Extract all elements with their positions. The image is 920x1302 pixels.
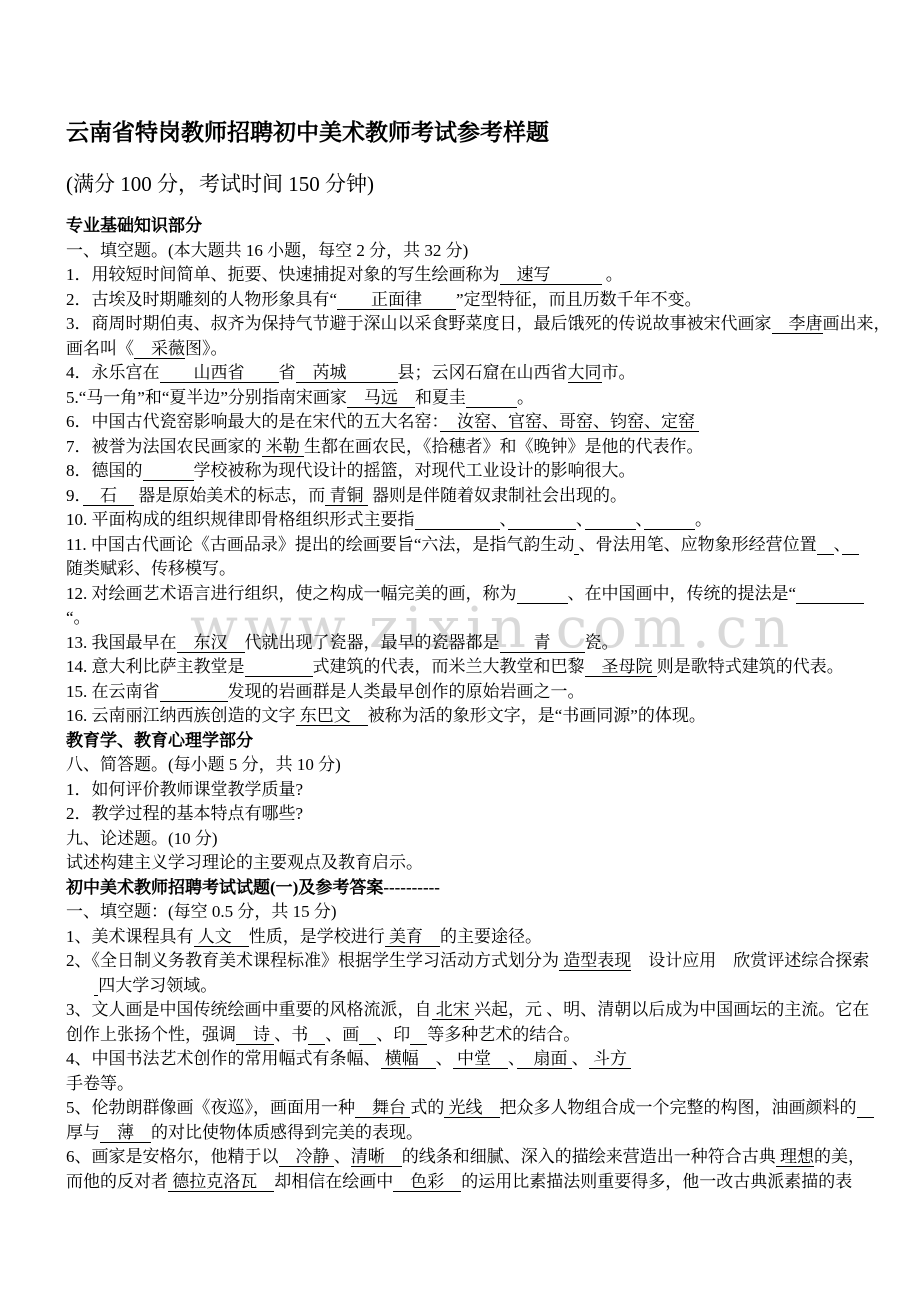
answer-blank-underline: 光线 (444, 1098, 499, 1118)
text-line: 随类赋彩、传移模写。 (66, 557, 881, 582)
text-line: 画名叫《 采薇图》。 (66, 337, 881, 362)
text-line: 而他的反对者 德拉克洛瓦 却相信在绘画中 色彩 的运用比素描法则重要得多，他一改… (66, 1170, 881, 1195)
text-segment: 四大学习领域。 (98, 976, 217, 995)
text-segment: 瓷。 (585, 633, 619, 652)
text-line: 16. 云南丽江纳西族创造的文字 东巴文 被称为活的象形文字，是“书画同源”的体… (66, 704, 881, 729)
text-line: 2．教学过程的基本特点有哪些? (66, 802, 881, 827)
section-heading-professional-knowledge: 专业基础知识部分 (66, 214, 881, 239)
text-segment: 3、文人画是中国传统绘画中重要的风格流派，自 (66, 1000, 432, 1019)
answer-blank-underline: 色彩 (393, 1172, 461, 1192)
text-segment: 专业基础知识部分 (66, 216, 202, 235)
text-line: 一、填空题：(每空 0.5 分，共 15 分) (66, 900, 881, 925)
answer-blank-underline: 人文 (194, 927, 249, 947)
text-segment: 的美， (814, 1147, 865, 1166)
answer-blank-underline: 山西省 (160, 363, 279, 383)
text-segment: 式建筑的代表，而米兰大教堂和巴黎 (313, 657, 585, 676)
text-segment: 、 (334, 1147, 351, 1166)
text-segment: 2、《全日制义务教育美术课程标准》根据学生学习活动方式划分为 (66, 951, 559, 970)
text-line: 2、《全日制义务教育美术课程标准》根据学生学习活动方式划分为 造型表现 设计应用… (66, 949, 881, 974)
document-title: 云南省特岗教师招聘初中美术教师考试参考样题 (66, 118, 881, 148)
answer-blank-underline: 李唐 (772, 314, 823, 334)
section-heading-pedagogy: 教育学、教育心理学部分 (66, 729, 881, 754)
text-line: 试述构建主义学习理论的主要观点及教育启示。 (66, 851, 881, 876)
text-line: 13. 我国最早在 东汉 代就出现了瓷器，最早的瓷器都是 青 瓷。 (66, 631, 881, 656)
text-line: 3、文人画是中国传统绘画中重要的风格流派，自 北宋 兴起，元 、明、清朝以后成为… (66, 998, 881, 1023)
text-segment: 1．如何评价教师课堂教学质量? (66, 780, 303, 799)
answer-blank-underline: 青 (500, 633, 585, 653)
text-line: 5.“马一角”和“夏半边”分别指南宋画家 马远 和夏圭 。 (66, 386, 881, 411)
text-segment: 随类赋彩、传移模写。 (66, 559, 236, 578)
text-segment: 、 (636, 510, 645, 529)
text-segment: 却相信在绘画中 (274, 1172, 393, 1191)
text-segment: 1．用较短时间简单、扼要、快速捕捉对象的写生绘画称为 (66, 265, 500, 284)
text-segment: 设计应用 欣赏评述综合探索 (631, 951, 869, 970)
answer-blank-underline: 汝窑、官窑、哥窑、钧窑、定窑 (440, 412, 699, 432)
text-segment: 代就出现了瓷器，最早的瓷器都是 (245, 633, 500, 652)
text-segment: 、 (500, 510, 509, 529)
text-segment: 、 (508, 1049, 517, 1068)
answer-blank-underline: 芮城 (296, 363, 398, 383)
text-segment: 发现的岩画群是人类最早创作的原始岩画之一。 (228, 682, 585, 701)
answer-blank-underline: 中堂 (453, 1049, 508, 1069)
text-segment: 6．中国古代瓷窑影响最大的是在宋代的五大名窑： (66, 412, 440, 431)
text-segment: 初中美术教师招聘考试试题(一)及参考答案---------- (66, 878, 440, 897)
text-segment: 的主要途径。 (440, 927, 542, 946)
answer-blank-underline (796, 584, 864, 604)
text-segment: 6、画家是安格尔，他精于以 (66, 1147, 279, 1166)
answer-blank-underline (466, 388, 517, 408)
text-segment: 13. 我国最早在 (66, 633, 177, 652)
text-segment: 而他的反对者 (66, 1172, 168, 1191)
text-segment: 、在中国画中，传统的提法是“ (568, 584, 797, 603)
text-segment: 的对比使物体质感得到完美的表现。 (151, 1123, 423, 1142)
text-segment: 的运用比素描法则重要得多，他一改古典派素描的表 (461, 1172, 852, 1191)
text-segment: 11. 中国古代画论《古画品录》提出的绘画要旨“六法，是指气韵生动 (66, 535, 574, 554)
text-line: 1．用较短时间简单、扼要、快速捕捉对象的写生绘画称为 速写 。 (66, 263, 881, 288)
section-heading-exam-paper-one: 初中美术教师招聘考试试题(一)及参考答案---------- (66, 876, 881, 901)
answer-blank-underline (857, 1098, 874, 1118)
text-segment: 10. 平面构成的组织规律即骨格组织形式主要指 (66, 510, 415, 529)
text-segment: 9． (66, 486, 83, 505)
text-segment: 1、美术课程具有 (66, 927, 194, 946)
text-segment: 八、简答题。(每小题 5 分，共 10 分) (66, 755, 341, 774)
text-segment: 一、填空题。(本大题共 16 小题，每空 2 分，共 32 分) (66, 241, 468, 260)
text-segment: 、骨法用笔、应物象形经营位置 (579, 535, 817, 554)
document-content: 云南省特岗教师招聘初中美术教师考试参考样题 (满分 100 分，考试时间 150… (66, 118, 881, 1194)
answer-blank-underline: 理想 (776, 1147, 814, 1167)
answer-blank-underline: 东汉 (177, 633, 245, 653)
answer-blank-underline: 正面律 (337, 290, 456, 310)
answer-blank-underline (644, 510, 695, 530)
text-segment: 16. 云南丽江纳西族创造的文字 (66, 706, 296, 725)
text-segment: 。 (695, 510, 712, 529)
text-segment: 、 (436, 1049, 453, 1068)
text-segment: 器是原始美术的标志，而 (134, 486, 325, 505)
text-line: 9． 石 器是原始美术的标志，而 青铜 器则是伴随着奴隶制社会出现的。 (66, 484, 881, 509)
text-segment: 把众多人物组合成一个完整的构图，油画颜料的 (500, 1098, 857, 1117)
text-segment: 12. 对绘画艺术语言进行组织，使之构成一幅完美的画，称为 (66, 584, 517, 603)
answer-blank-underline: 薄 (100, 1123, 151, 1143)
answer-blank-underline (415, 510, 500, 530)
text-segment: 九、论述题。(10 分) (66, 829, 218, 848)
text-segment: 学校被称为现代设计的摇篮，对现代工业设计的影响很大。 (194, 461, 636, 480)
text-segment: 5.“马一角”和“夏半边”分别指南宋画家 (66, 388, 347, 407)
text-segment: 8．德国的 (66, 461, 143, 480)
text-segment: 的线条和细腻、深入的描绘来营造出一种符合古典 (402, 1147, 776, 1166)
text-segment: 手卷等。 (66, 1074, 134, 1093)
text-line: 一、填空题。(本大题共 16 小题，每空 2 分，共 32 分) (66, 239, 881, 264)
text-segment: 5、伦勃朗群像画《夜巡》，画面用一种 (66, 1098, 355, 1117)
answer-blank-underline (359, 1025, 376, 1045)
answer-blank-underline: 马远 (347, 388, 415, 408)
answer-blank-underline (245, 657, 313, 677)
text-segment: 画出来， (823, 314, 891, 333)
text-segment: 7．被誉为法国农民画家的 (66, 437, 262, 456)
text-segment: 14. 意大利比萨主教堂是 (66, 657, 245, 676)
document-page: www.zixin.com.cn 云南省特岗教师招聘初中美术教师考试参考样题 (… (0, 0, 920, 1302)
answer-blank-underline: 斗方 (589, 1049, 632, 1069)
text-segment: 被称为活的象形文字，是“书画同源”的体现。 (368, 706, 706, 725)
text-segment: 、画 (325, 1025, 359, 1044)
text-line: 11. 中国古代画论《古画品录》提出的绘画要旨“六法，是指气韵生动 、骨法用笔、… (66, 533, 881, 558)
text-segment: 2．古埃及时期雕刻的人物形象具有“ (66, 290, 337, 309)
text-segment: 15. 在云南省 (66, 682, 160, 701)
text-line: 2．古埃及时期雕刻的人物形象具有“ 正面律 ”定型特征，而且历数千年不变。 (66, 288, 881, 313)
text-segment: 试述构建主义学习理论的主要观点及教育启示。 (66, 853, 423, 872)
answer-blank-underline: 横幅 (381, 1049, 436, 1069)
text-segment: 市。 (602, 363, 636, 382)
answer-blank-underline: 东巴文 (296, 706, 368, 726)
text-line: 4、中国书法艺术创作的常用幅式有条幅、 横幅 、 中堂 、 扇面 、 斗方 (66, 1047, 881, 1072)
text-segment: 4、中国书法艺术创作的常用幅式有条幅、 (66, 1049, 381, 1068)
document-lines: 专业基础知识部分一、填空题。(本大题共 16 小题，每空 2 分，共 32 分)… (66, 214, 881, 1194)
answer-blank-underline: 北宋 (432, 1000, 475, 1020)
text-line: 九、论述题。(10 分) (66, 827, 881, 852)
text-line: “。 (66, 606, 881, 631)
text-segment: 。 (602, 265, 623, 284)
text-line: 3．商周时期伯夷、叔齐为保持气节避于深山以采食野菜度日，最后饿死的传说故事被宋代… (66, 312, 881, 337)
text-segment: 、 (576, 510, 585, 529)
text-segment: 一、填空题：(每空 0.5 分，共 15 分) (66, 902, 337, 921)
text-segment: 画名叫《 (66, 339, 134, 358)
text-line: 手卷等。 (66, 1072, 881, 1097)
answer-blank-underline: 德拉克洛瓦 (168, 1172, 274, 1192)
answer-blank-underline: 石 (83, 486, 134, 506)
text-line: 1．如何评价教师课堂教学质量? (66, 778, 881, 803)
answer-blank-underline: 圣母院 (585, 657, 657, 677)
text-line: 15. 在云南省 发现的岩画群是人类最早创作的原始岩画之一。 (66, 680, 881, 705)
answer-blank-underline: 大同 (568, 363, 602, 383)
text-line: 8．德国的 学校被称为现代设计的摇篮，对现代工业设计的影响很大。 (66, 459, 881, 484)
text-line: 四大学习领域。 (66, 974, 881, 999)
text-segment: 2．教学过程的基本特点有哪些? (66, 804, 303, 823)
text-segment: 县；云冈石窟在山西省 (398, 363, 568, 382)
text-line: 14. 意大利比萨主教堂是 式建筑的代表，而米兰大教堂和巴黎 圣母院 则是歌特式… (66, 655, 881, 680)
text-line: 12. 对绘画艺术语言进行组织，使之构成一幅完美的画，称为 、在中国画中，传统的… (66, 582, 881, 607)
text-segment: 4．永乐宫在 (66, 363, 160, 382)
text-line: 1、美术课程具有 人文 性质，是学校进行 美育 的主要途径。 (66, 925, 881, 950)
answer-blank-underline (508, 510, 576, 530)
text-segment: “。 (66, 608, 91, 627)
text-line: 厚与 薄 的对比使物体质感得到完美的表现。 (66, 1121, 881, 1146)
text-segment: 生都在画农民，《拾穗者》和《晚钟》是他的代表作。 (304, 437, 704, 456)
answer-blank-underline: 采薇 (134, 339, 185, 359)
answer-blank-underline: 造型表现 (559, 951, 631, 971)
answer-blank-underline: 青铜 (325, 486, 368, 506)
answer-blank-underline: 清晰 (351, 1147, 402, 1167)
answer-blank-underline: 诗 (236, 1025, 274, 1045)
text-line: 八、简答题。(每小题 5 分，共 10 分) (66, 753, 881, 778)
text-segment: 性质，是学校进行 (249, 927, 385, 946)
answer-blank-underline (410, 1025, 427, 1045)
text-line: 7．被誉为法国农民画家的 米勒 生都在画农民，《拾穗者》和《晚钟》是他的代表作。 (66, 435, 881, 460)
text-segment: 则是歌特式建筑的代表。 (657, 657, 844, 676)
text-segment: 、 (834, 535, 843, 554)
text-segment: 器则是伴随着奴隶制社会出现的。 (368, 486, 627, 505)
answer-blank-underline: 扇面 (517, 1049, 572, 1069)
text-segment: 、印 (376, 1025, 410, 1044)
exam-info-subtitle: (满分 100 分，考试时间 150 分钟) (66, 170, 881, 198)
text-segment: 厚与 (66, 1123, 100, 1142)
answer-blank-underline (160, 682, 228, 702)
text-segment: 图》。 (185, 339, 228, 358)
text-line: 4．永乐宫在 山西省 省 芮城 县；云冈石窟在山西省大同市。 (66, 361, 881, 386)
answer-blank-underline: 冷静 (279, 1147, 334, 1167)
text-segment: ”定型特征，而且历数千年不变。 (456, 290, 702, 309)
text-line: 创作上张扬个性，强调 诗 、书 、画 、印 等多种艺术的结合。 (66, 1023, 881, 1048)
text-segment: 兴起，元 、明、清朝以后成为中国画坛的主流。它在 (474, 1000, 869, 1019)
answer-blank-underline (585, 510, 636, 530)
answer-blank-underline (517, 584, 568, 604)
text-line: 6．中国古代瓷窑影响最大的是在宋代的五大名窑： 汝窑、官窑、哥窑、钧窑、定窑 (66, 410, 881, 435)
answer-blank-underline: 美育 (385, 927, 440, 947)
text-line: 5、伦勃朗群像画《夜巡》，画面用一种 舞台 式的 光线 把众多人物组合成一个完整… (66, 1096, 881, 1121)
answer-blank-underline (817, 535, 834, 555)
text-segment: 等多种艺术的结合。 (427, 1025, 580, 1044)
text-segment: 创作上张扬个性，强调 (66, 1025, 236, 1044)
answer-blank-underline: 舞台 (355, 1098, 410, 1118)
text-segment: 、书 (274, 1025, 308, 1044)
text-segment: 和夏圭 (415, 388, 466, 407)
text-line: 6、画家是安格尔，他精于以 冷静 、清晰 的线条和细腻、深入的描绘来营造出一种符… (66, 1145, 881, 1170)
answer-blank-underline: 米勒 (262, 437, 305, 457)
answer-blank-underline (308, 1025, 325, 1045)
text-segment: 。 (517, 388, 534, 407)
text-line: 10. 平面构成的组织规律即骨格组织形式主要指 、 、 、 。 (66, 508, 881, 533)
text-segment: 3．商周时期伯夷、叔齐为保持气节避于深山以采食野菜度日，最后饿死的传说故事被宋代… (66, 314, 772, 333)
answer-blank-underline (143, 461, 194, 481)
text-segment: 式的 (410, 1098, 444, 1117)
text-segment: 、 (572, 1049, 589, 1068)
text-segment: 省 (279, 363, 296, 382)
answer-blank-underline: 速写 (500, 265, 602, 285)
answer-blank-underline (842, 535, 859, 555)
text-segment: 教育学、教育心理学部分 (66, 731, 253, 750)
